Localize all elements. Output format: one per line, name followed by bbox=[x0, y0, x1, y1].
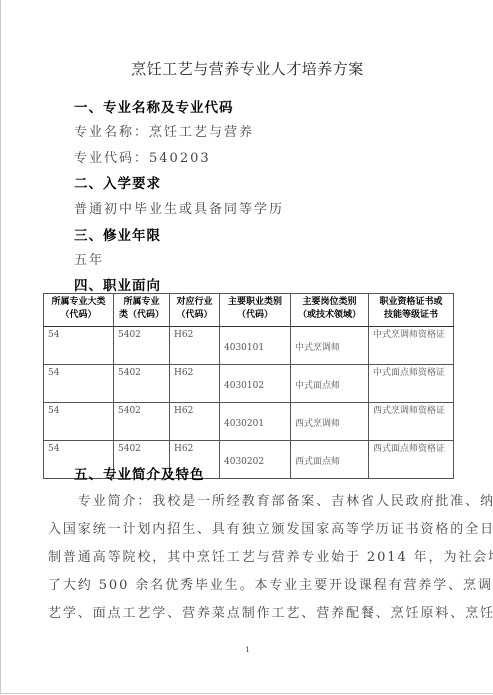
header-position: 主要岗位类别（或技术领域） bbox=[291, 294, 369, 327]
cell-major-class: 5402 bbox=[114, 365, 170, 403]
cell-industry: H62 bbox=[170, 403, 220, 441]
intro-paragraph-line-5: 艺学、面点工艺学、营养菜点制作工艺、营养配餐、烹饪原料、烹饪 bbox=[48, 602, 458, 621]
cell-position: 中式面点师 bbox=[291, 365, 369, 403]
major-code-line: 专业代码：540203 bbox=[74, 147, 211, 166]
table-row: 54 5402 H62 4030102 中式面点师 中式面点师资格证 bbox=[44, 365, 454, 403]
cell-industry: H62 bbox=[170, 365, 220, 403]
cell-position: 西式烹调师 bbox=[291, 403, 369, 441]
section-heading-major-name-code: 一、专业名称及专业代码 bbox=[74, 96, 234, 116]
cell-occupation: 4030201 bbox=[220, 403, 291, 441]
cell-major-category: 54 bbox=[44, 327, 114, 365]
header-industry: 对应行业（代码） bbox=[170, 294, 220, 327]
header-major-category: 所属专业大类（代码） bbox=[44, 294, 114, 327]
cell-certificate: 西式烹调师资格证 bbox=[369, 403, 454, 441]
document-page: 烹饪工艺与营养专业人才培养方案 一、专业名称及专业代码 专业名称：烹饪工艺与营养… bbox=[0, 0, 493, 694]
cell-certificate: 中式烹调师资格证 bbox=[369, 327, 454, 365]
cell-certificate: 中式面点师资格证 bbox=[369, 365, 454, 403]
table-row: 54 5402 H62 4030201 西式烹调师 西式烹调师资格证 bbox=[44, 403, 454, 441]
document-title: 烹饪工艺与营养专业人才培养方案 bbox=[1, 58, 493, 79]
section-heading-introduction: 五、专业简介及特色 bbox=[74, 463, 205, 483]
career-table: 所属专业大类（代码） 所属专业类（代码） 对应行业（代码） 主要职业类别（代码）… bbox=[43, 293, 454, 479]
cell-major-class: 5402 bbox=[114, 327, 170, 365]
intro-paragraph-line-1: 专业简介：我校是一所经教育部备案、吉林省人民政府批准、纳 bbox=[48, 490, 458, 509]
header-occupation: 主要职业类别（代码） bbox=[220, 294, 291, 327]
intro-paragraph-line-2: 入国家统一计划内招生、具有独立颁发国家高等学历证书资格的全日 bbox=[48, 518, 458, 537]
section-heading-career-orientation: 四、职业面向 bbox=[74, 274, 161, 294]
cell-major-category: 54 bbox=[44, 365, 114, 403]
section-heading-admission: 二、入学要求 bbox=[74, 172, 161, 192]
header-major-class: 所属专业类（代码） bbox=[114, 294, 170, 327]
table-header-row: 所属专业大类（代码） 所属专业类（代码） 对应行业（代码） 主要职业类别（代码）… bbox=[44, 294, 454, 327]
intro-paragraph-line-4: 了大约 500 余名优秀毕业生。本专业主要开设课程有营养学、烹调工 bbox=[48, 574, 458, 593]
cell-position: 中式烹调师 bbox=[291, 327, 369, 365]
header-certificate: 职业资格证书或技能等级证书 bbox=[369, 294, 454, 327]
page-number: 1 bbox=[1, 646, 493, 654]
cell-certificate: 西式面点师资格证 bbox=[369, 441, 454, 479]
cell-major-class: 5402 bbox=[114, 403, 170, 441]
cell-occupation: 4030102 bbox=[220, 365, 291, 403]
major-name-line: 专业名称：烹饪工艺与营养 bbox=[74, 121, 254, 140]
intro-paragraph-line-3: 制普通高等院校，其中烹饪工艺与营养专业始于 2014 年，为社会培养 bbox=[48, 546, 458, 565]
study-length-line: 五年 bbox=[74, 249, 104, 268]
cell-major-category: 54 bbox=[44, 403, 114, 441]
cell-position: 西式面点师 bbox=[291, 441, 369, 479]
cell-occupation: 4030202 bbox=[220, 441, 291, 479]
table-row: 54 5402 H62 4030101 中式烹调师 中式烹调师资格证 bbox=[44, 327, 454, 365]
cell-industry: H62 bbox=[170, 327, 220, 365]
admission-requirement-line: 普通初中毕业生或具备同等学历 bbox=[74, 198, 284, 217]
section-heading-study-length: 三、修业年限 bbox=[74, 224, 161, 244]
cell-occupation: 4030101 bbox=[220, 327, 291, 365]
